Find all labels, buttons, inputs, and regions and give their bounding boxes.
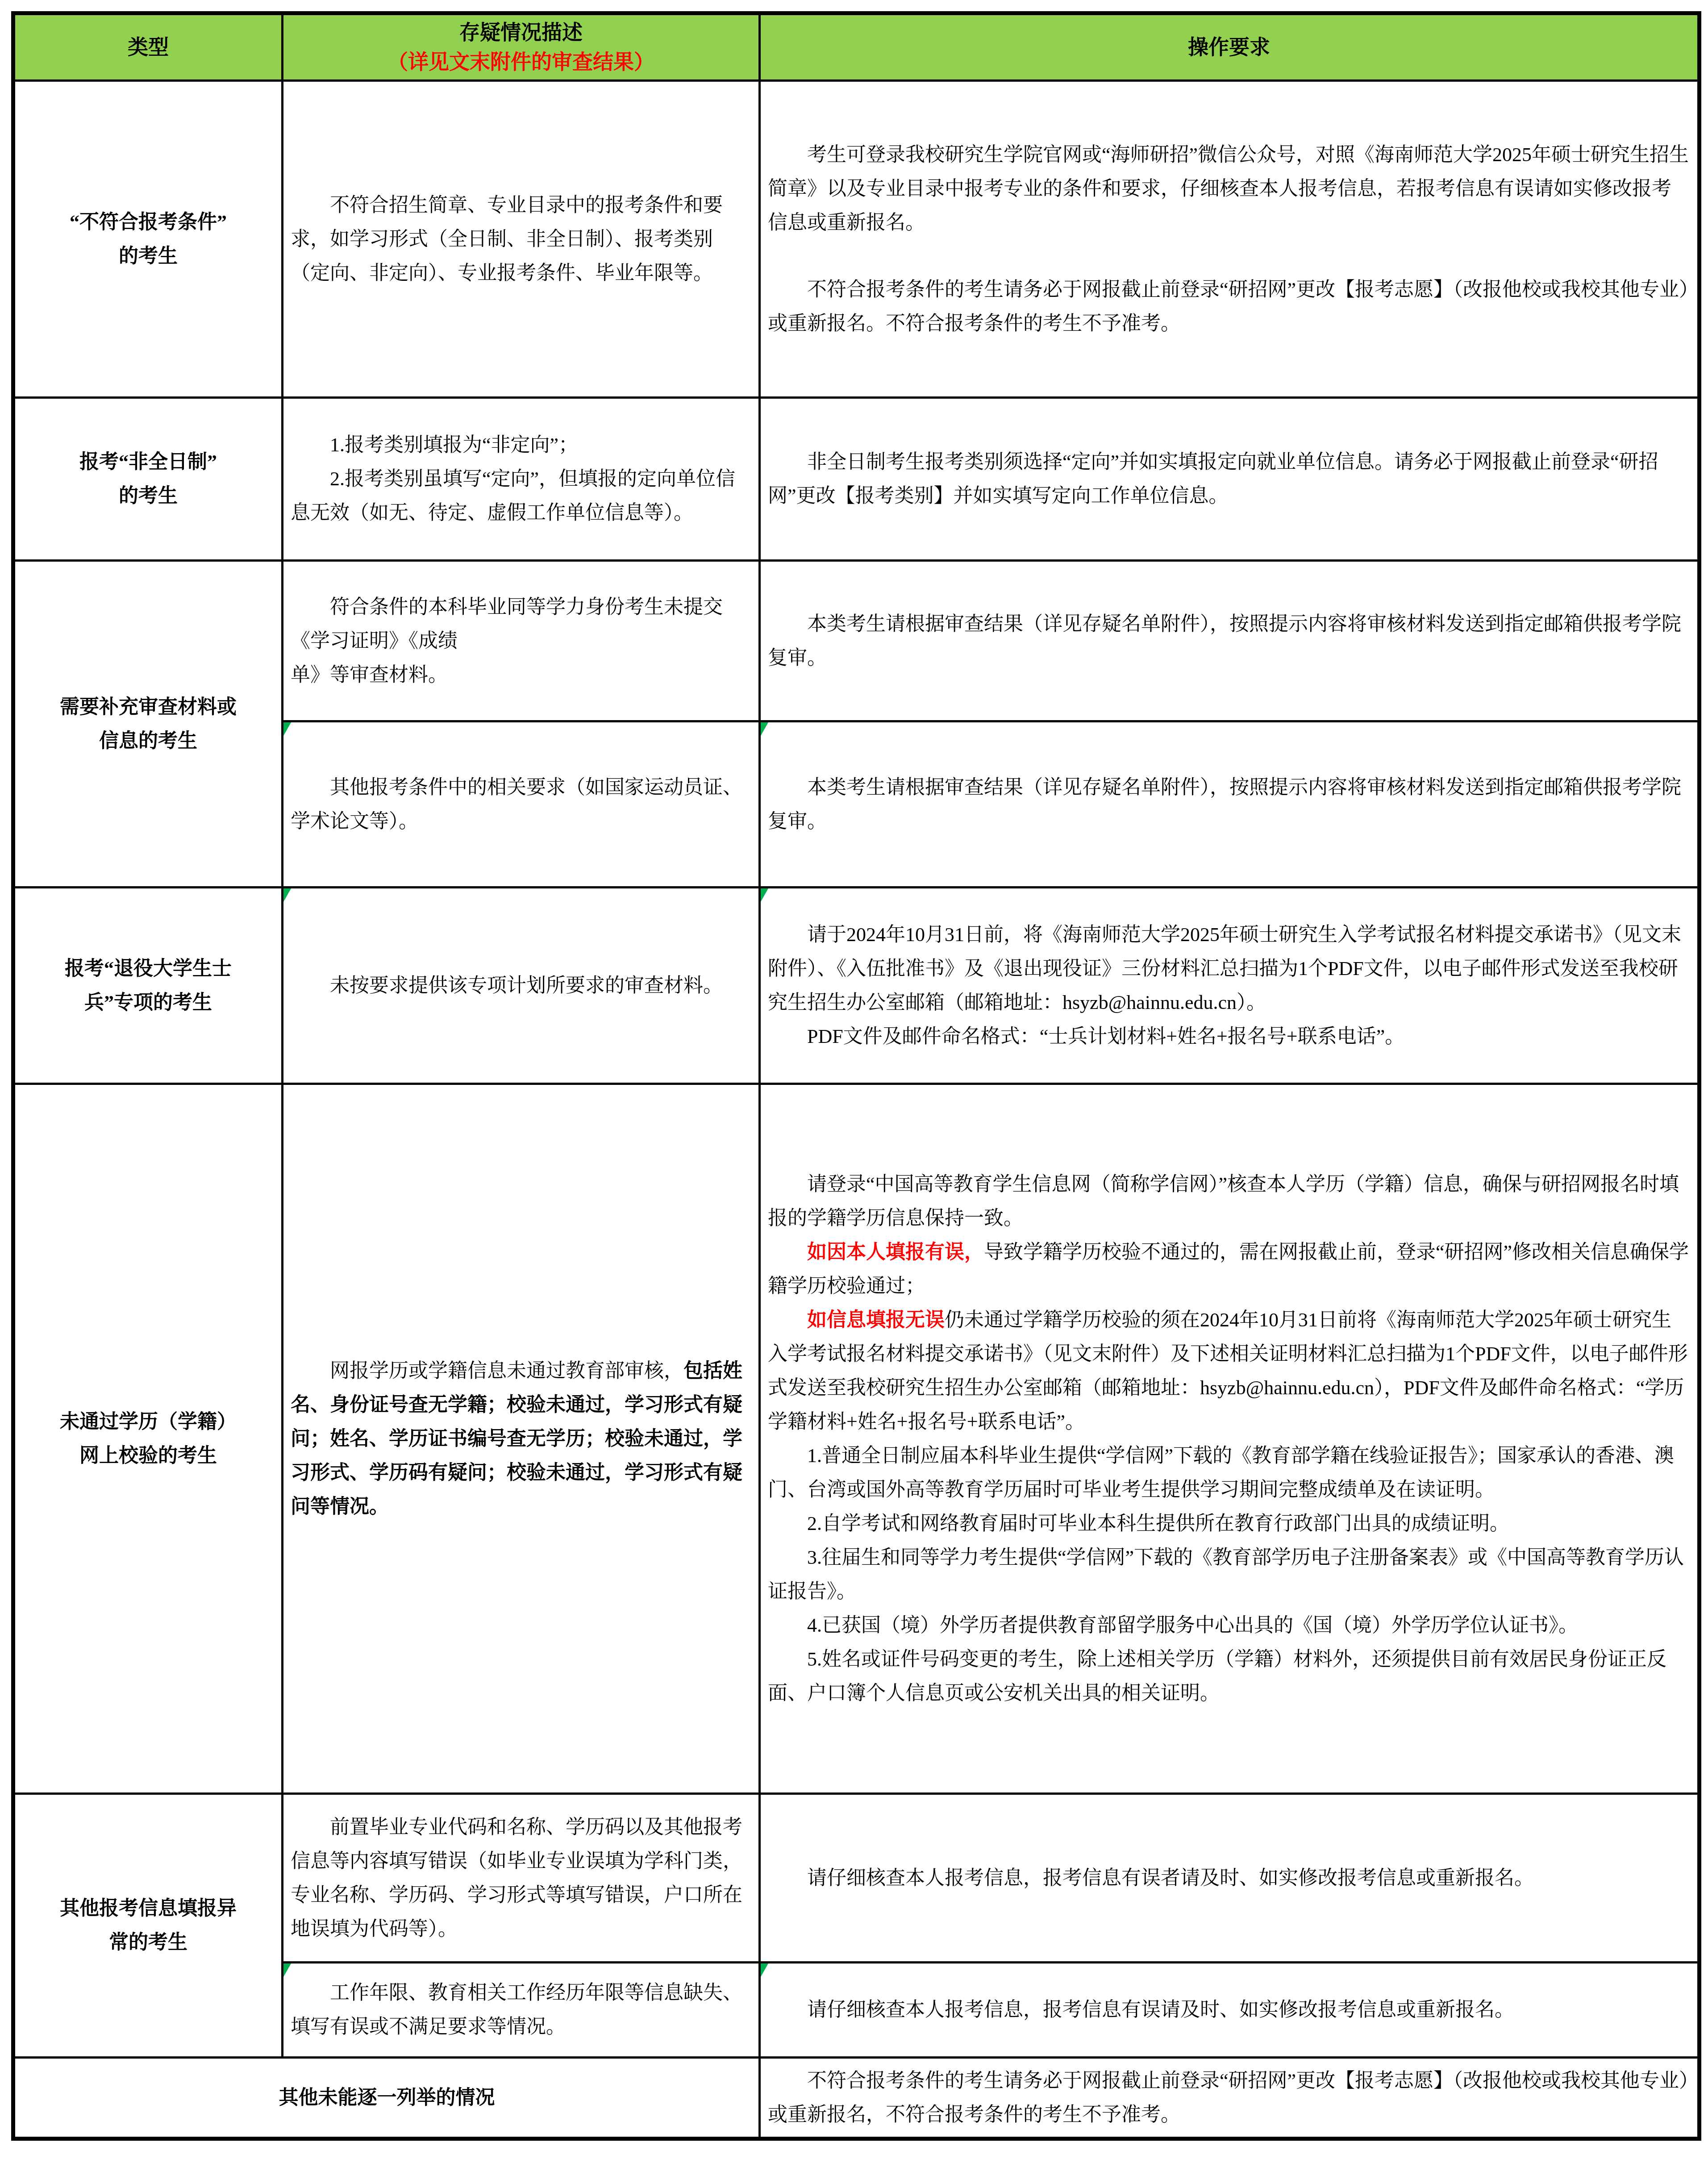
desc-paragraph: 符合条件的本科毕业同等学力身份考生未提交《学习证明》《成绩 单》等审查材料。 — [291, 590, 751, 692]
cell-action-verification: 请登录“中国高等教育学生信息网（简称学信网）”核查本人学历（学籍）信息，确保与研… — [760, 1084, 1700, 1794]
header-action: 操作要求 — [760, 13, 1700, 81]
header-type: 类型 — [13, 13, 283, 81]
action-paragraph: 不符合报考条件的考生请务必于网报截止前登录“研招网”更改【报考志愿】（改报他校或… — [768, 273, 1690, 341]
row-other: 其他未能逐一列举的情况 不符合报考条件的考生请务必于网报截止前登录“研招网”更改… — [13, 2058, 1700, 2139]
red-warning-segment: 如信息填报无误 — [807, 1309, 945, 1331]
action-list-item: 5.姓名或证件号码变更的考生，除上述相关学历（学籍）材料外，还须提供目前有效居民… — [768, 1642, 1690, 1710]
cell-desc-supplement-a: 符合条件的本科毕业同等学力身份考生未提交《学习证明》《成绩 单》等审查材料。 — [283, 561, 760, 721]
cell-type-veteran: 报考“退役大学生士 兵”专项的考生 — [13, 888, 283, 1084]
header-desc-subtitle: （详见文末附件的审查结果） — [288, 47, 754, 77]
action-paragraph: 非全日制考生报考类别须选择“定向”并如实填报定向就业单位信息。请务必于网报截止前… — [768, 445, 1690, 513]
desc-bold-segment: 包括姓名、身份证号查无学籍；校验未通过，学习形式有疑问；姓名、学历证书编号查无学… — [291, 1360, 742, 1517]
row-verification: 未通过学历（学籍） 网上校验的考生 网报学历或学籍信息未通过教育部审核，包括姓名… — [13, 1084, 1700, 1794]
cell-type-abnormal: 其他报考信息填报异 常的考生 — [13, 1794, 283, 2058]
action-paragraph: 请仔细核查本人报考信息，报考信息有误者请及时、如实修改报考信息或重新报名。 — [768, 1861, 1690, 1895]
desc-paragraph: 网报学历或学籍信息未通过教育部审核，包括姓名、身份证号查无学籍；校验未通过，学习… — [291, 1354, 751, 1524]
cell-action-supplement-b: 本类考生请根据审查结果（详见存疑名单附件），按照提示内容将审核材料发送到指定邮箱… — [760, 721, 1700, 888]
action-list-item: 4.已获国（境）外学历者提供教育部留学服务中心出具的《国（境）外学历学位认证书》… — [768, 1609, 1690, 1642]
cell-desc-supplement-b: 其他报考条件中的相关要求（如国家运动员证、学术论文等）。 — [283, 721, 760, 888]
cell-desc-verification: 网报学历或学籍信息未通过教育部审核，包括姓名、身份证号查无学籍；校验未通过，学习… — [283, 1084, 760, 1794]
desc-item-1: 1.报考类别填报为“非定向”； — [291, 428, 751, 462]
action-paragraph: 本类考生请根据审查结果（详见存疑名单附件），按照提示内容将审核材料发送到指定邮箱… — [768, 607, 1690, 675]
cell-type-unqualified: “不符合报考条件” 的考生 — [13, 81, 283, 398]
cell-action-veteran: 请于2024年10月31日前，将《海南师范大学2025年硕士研究生入学考试报名材… — [760, 888, 1700, 1084]
review-table: 类型 存疑情况描述 （详见文末附件的审查结果） 操作要求 “不符合报考条件” 的… — [11, 11, 1701, 2141]
action-paragraph: 如信息填报无误仍未通过学籍学历校验的须在2024年10月31日前将《海南师范大学… — [768, 1303, 1690, 1439]
action-paragraph: 本类考生请根据审查结果（详见存疑名单附件），按照提示内容将审核材料发送到指定邮箱… — [768, 771, 1690, 838]
header-desc-title: 存疑情况描述 — [288, 18, 754, 47]
cell-desc-veteran: 未按要求提供该专项计划所要求的审查材料。 — [283, 888, 760, 1084]
cell-type-verification: 未通过学历（学籍） 网上校验的考生 — [13, 1084, 283, 1794]
action-paragraph: 考生可登录我校研究生学院官网或“海师研招”微信公众号，对照《海南师范大学2025… — [768, 138, 1690, 240]
desc-paragraph: 前置毕业专业代码和名称、学历码以及其他报考信息等内容填写错误（如毕业专业误填为学… — [291, 1810, 751, 1946]
action-paragraph: 如因本人填报有误，导致学籍学历校验不通过的，需在网报截止前，登录“研招网”修改相… — [768, 1235, 1690, 1303]
cell-action-abnormal-b: 请仔细核查本人报考信息，报考信息有误请及时、如实修改报考信息或重新报名。 — [760, 1963, 1700, 2058]
action-paragraph: 请仔细核查本人报考信息，报考信息有误请及时、如实修改报考信息或重新报名。 — [768, 1993, 1690, 2027]
row-unqualified: “不符合报考条件” 的考生 不符合招生简章、专业目录中的报考条件和要求，如学习形… — [13, 81, 1700, 398]
desc-paragraph: 未按要求提供该专项计划所要求的审查材料。 — [291, 969, 751, 1003]
cell-action-supplement-a: 本类考生请根据审查结果（详见存疑名单附件），按照提示内容将审核材料发送到指定邮箱… — [760, 561, 1700, 721]
row-supplement-a: 需要补充审查材料或 信息的考生 符合条件的本科毕业同等学力身份考生未提交《学习证… — [13, 561, 1700, 721]
cell-desc-unqualified: 不符合招生简章、专业目录中的报考条件和要求，如学习形式（全日制、非全日制）、报考… — [283, 81, 760, 398]
desc-paragraph: 工作年限、教育相关工作经历年限等信息缺失、填写有误或不满足要求等情况。 — [291, 1976, 751, 2044]
red-warning-segment: 如因本人填报有误， — [807, 1241, 984, 1263]
cell-desc-abnormal-b: 工作年限、教育相关工作经历年限等信息缺失、填写有误或不满足要求等情况。 — [283, 1963, 760, 2058]
action-list-item: 2.自学考试和网络教育届时可毕业本科生提供所在教育行政部门出具的成绩证明。 — [768, 1507, 1690, 1541]
cell-action-abnormal-a: 请仔细核查本人报考信息，报考信息有误者请及时、如实修改报考信息或重新报名。 — [760, 1794, 1700, 1963]
action-paragraph: 请于2024年10月31日前，将《海南师范大学2025年硕士研究生入学考试报名材… — [768, 918, 1690, 1020]
cell-action-other: 不符合报考条件的考生请务必于网报截止前登录“研招网”更改【报考志愿】（改报他校或… — [760, 2058, 1700, 2139]
action-paragraph: 不符合报考条件的考生请务必于网报截止前登录“研招网”更改【报考志愿】（改报他校或… — [768, 2064, 1690, 2132]
desc-paragraph: 其他报考条件中的相关要求（如国家运动员证、学术论文等）。 — [291, 771, 751, 838]
header-desc: 存疑情况描述 （详见文末附件的审查结果） — [283, 13, 760, 81]
action-paragraph: 请登录“中国高等教育学生信息网（简称学信网）”核查本人学历（学籍）信息，确保与研… — [768, 1167, 1690, 1235]
desc-item-2: 2.报考类别虽填写“定向”，但填报的定向单位信息无效（如无、待定、虚假工作单位信… — [291, 462, 751, 530]
desc-paragraph: 不符合招生简章、专业目录中的报考条件和要求，如学习形式（全日制、非全日制）、报考… — [291, 188, 751, 290]
row-abnormal-a: 其他报考信息填报异 常的考生 前置毕业专业代码和名称、学历码以及其他报考信息等内… — [13, 1794, 1700, 1963]
action-paragraph: PDF文件及邮件命名格式：“士兵计划材料+姓名+报名号+联系电话”。 — [768, 1020, 1690, 1054]
cell-action-unqualified: 考生可登录我校研究生学院官网或“海师研招”微信公众号，对照《海南师范大学2025… — [760, 81, 1700, 398]
cell-type-parttime: 报考“非全日制” 的考生 — [13, 398, 283, 561]
cell-type-supplement: 需要补充审查材料或 信息的考生 — [13, 561, 283, 888]
cell-action-parttime: 非全日制考生报考类别须选择“定向”并如实填报定向就业单位信息。请务必于网报截止前… — [760, 398, 1700, 561]
cell-desc-parttime: 1.报考类别填报为“非定向”； 2.报考类别虽填写“定向”，但填报的定向单位信息… — [283, 398, 760, 561]
action-list-item: 1.普通全日制应届本科毕业生提供“学信网”下载的《教育部学籍在线验证报告》；国家… — [768, 1439, 1690, 1507]
header-row: 类型 存疑情况描述 （详见文末附件的审查结果） 操作要求 — [13, 13, 1700, 81]
cell-type-other: 其他未能逐一列举的情况 — [13, 2058, 760, 2139]
cell-desc-abnormal-a: 前置毕业专业代码和名称、学历码以及其他报考信息等内容填写错误（如毕业专业误填为学… — [283, 1794, 760, 1963]
document-page: 类型 存疑情况描述 （详见文末附件的审查结果） 操作要求 “不符合报考条件” 的… — [0, 0, 1708, 2176]
action-list-item: 3.往届生和同等学力考生提供“学信网”下载的《教育部学历电子注册备案表》或《中国… — [768, 1541, 1690, 1609]
row-veteran: 报考“退役大学生士 兵”专项的考生 未按要求提供该专项计划所要求的审查材料。 请… — [13, 888, 1700, 1084]
row-parttime: 报考“非全日制” 的考生 1.报考类别填报为“非定向”； 2.报考类别虽填写“定… — [13, 398, 1700, 561]
desc-normal-segment: 网报学历或学籍信息未通过教育部审核， — [330, 1360, 683, 1382]
